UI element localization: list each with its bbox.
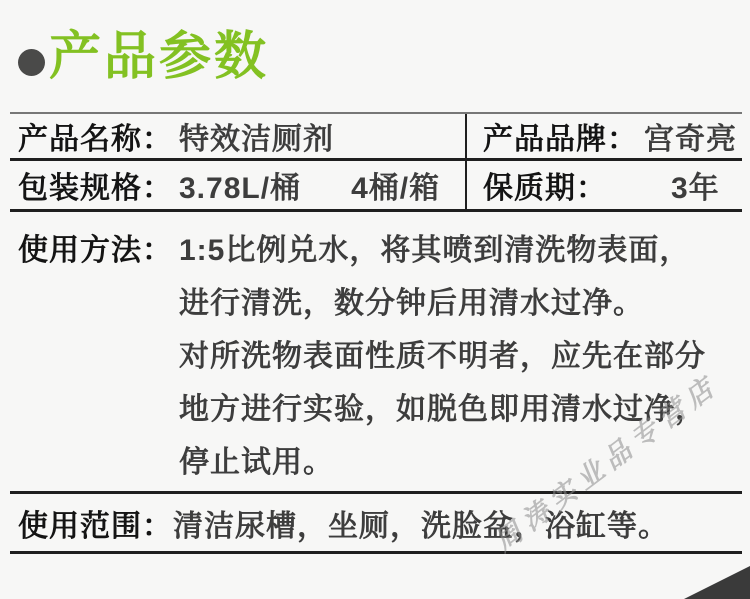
usage-method-line: 对所洗物表面性质不明者，应先在部分 [179,330,742,383]
product-parameters-page: 产品参数 产品名称： 特效洁厕剂 产品品牌： 宫奇亮 包装规格： 3.78L/桶… [0,0,750,599]
usage-method-line: 1:5比例兑水，将其喷到清洗物表面， [179,224,742,277]
product-name-label: 产品名称： [18,114,173,158]
table-row-name-brand: 产品名称： 特效洁厕剂 产品品牌： 宫奇亮 [10,114,742,161]
shelf-life-value: 3年 [671,163,720,207]
product-brand-value: 宫奇亮 [644,114,737,158]
cell-product-name: 产品名称： 特效洁厕剂 [10,114,467,158]
usage-method-line: 进行清洗，数分钟后用清水过净。 [179,277,742,330]
usage-method-text: 1:5比例兑水，将其喷到清洗物表面， 进行清洗，数分钟后用清水过净。 对所洗物表… [179,224,742,489]
bullet-icon [18,49,45,76]
shelf-life-label: 保质期： [483,163,607,207]
corner-triangle [684,566,750,599]
product-brand-label: 产品品牌： [483,114,638,158]
usage-method-line: 地方进行实验，如脱色即用清水过净， [179,383,742,436]
usage-method-line: 停止试用。 [179,436,742,489]
usage-method-label: 使用方法： [18,224,173,277]
product-name-value: 特效洁厕剂 [179,114,334,158]
table-row-usage-method: 使用方法： 1:5比例兑水，将其喷到清洗物表面， 进行清洗，数分钟后用清水过净。… [10,212,742,494]
spec-table: 产品名称： 特效洁厕剂 产品品牌： 宫奇亮 包装规格： 3.78L/桶 4桶/箱… [10,112,742,554]
section-title: 产品参数 [49,29,269,85]
usage-scope-label: 使用范围： [18,501,173,545]
pack-spec-label: 包装规格： [18,163,173,207]
pack-spec-value: 3.78L/桶 [179,163,301,207]
table-row-pack-shelf: 包装规格： 3.78L/桶 4桶/箱 保质期： 3年 [10,161,742,212]
cell-shelf-life: 保质期： 3年 [467,161,742,209]
cell-pack-spec: 包装规格： 3.78L/桶 4桶/箱 [10,161,467,209]
usage-scope-value: 清洁尿槽，坐厕，洗脸盆，浴缸等。 [173,501,669,545]
table-row-usage-scope: 使用范围： 清洁尿槽，坐厕，洗脸盆，浴缸等。 [10,494,742,551]
cell-product-brand: 产品品牌： 宫奇亮 [467,114,742,158]
section-header: 产品参数 [0,0,750,90]
pack-spec-value2: 4桶/箱 [351,163,440,207]
